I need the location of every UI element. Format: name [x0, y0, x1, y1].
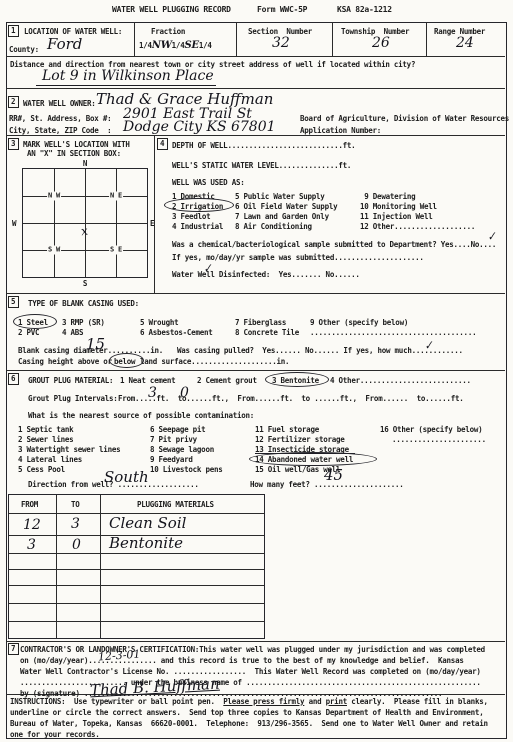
- grout-intervals-line: From.....ft. to......ft., From......ft. …: [118, 394, 464, 403]
- circle-annotation-irrigation: [164, 198, 234, 212]
- table-header-from: FROM: [21, 500, 38, 509]
- casing-height-post: land surface....................in.: [140, 357, 289, 366]
- table-row1-material: Clean Soil: [109, 516, 186, 531]
- grout-interval-to-value: 0: [180, 386, 189, 400]
- depth-of-well-line: DEPTH OF WELL...........................…: [172, 141, 355, 150]
- disinfected-line: Water Well Disinfected: Yes....... No...…: [172, 270, 360, 279]
- sample-no-checkmark: ✓: [486, 230, 497, 243]
- section3-4-divider: [154, 135, 155, 293]
- section1-number: 1: [8, 25, 19, 37]
- direction-from-well-value: South: [104, 470, 149, 485]
- contam-sewer: 2 Sewer lines: [18, 435, 73, 444]
- casing-diameter-value: 15: [86, 337, 105, 352]
- used-as-industrial: 4 Industrial: [172, 222, 223, 231]
- section4-number: 4: [157, 138, 168, 150]
- table-h2: [9, 553, 264, 554]
- contam-other-dots: ......................: [392, 435, 486, 444]
- casing-wrought: 5 Wrought: [140, 318, 178, 327]
- contam-septic: 1 Septic tank: [18, 425, 73, 434]
- contamination-label: What is the nearest source of possible c…: [28, 411, 254, 420]
- grid-label-ne: N E: [109, 192, 123, 201]
- city-value: Dodge City KS 67801: [123, 120, 276, 134]
- contam-lagoon: 8 Sewage lagoon: [150, 445, 214, 454]
- grout-material-label: GROUT PLUG MATERIAL:: [28, 376, 113, 385]
- disinfected-yes-checkmark: ✓: [202, 262, 213, 275]
- form-number: Form WWC-5P: [257, 5, 307, 14]
- used-as-oil-field: 6 Oil Field Water Supply: [235, 202, 337, 211]
- table-h3: [9, 569, 264, 570]
- used-as-feedlot: 3 Feedlot: [172, 212, 210, 221]
- used-as-air-conditioning: 8 Air Conditioning: [235, 222, 312, 231]
- table-row2-to: 0: [72, 538, 81, 552]
- section5-number: 5: [8, 296, 19, 308]
- contam-other: 16 Other (specify below): [380, 425, 482, 434]
- table-v2: [100, 495, 101, 638]
- casing-fiberglass: 7 Fiberglass: [235, 318, 286, 327]
- contam-livestock: 10 Livestock pens: [150, 465, 223, 474]
- grout-interval-from-value: 3: [148, 386, 157, 400]
- plugging-materials-table: FROM TO PLUGGING MATERIALS 12 3 Clean So…: [8, 494, 265, 639]
- range-number-value: 24: [456, 36, 474, 50]
- rule-3: [6, 135, 505, 136]
- cell-divider-3: [332, 22, 333, 56]
- contam-feedyard: 9 Feedyard: [150, 455, 193, 464]
- fraction-label: Fraction: [151, 27, 185, 36]
- circle-annotation-bentonite: [265, 372, 329, 387]
- rule-6: [6, 641, 505, 642]
- contam-cesspool: 5 Cess Pool: [18, 465, 65, 474]
- table-h6: [9, 621, 264, 622]
- grout-cement-grout: 2 Cement grout: [197, 376, 257, 385]
- used-as-other: 12 Other...................: [360, 222, 475, 231]
- grid-label-e: E: [150, 219, 154, 228]
- sample-submitted-line: Was a chemical/bacteriological sample su…: [172, 240, 496, 249]
- table-row2-material: Bentonite: [109, 536, 183, 551]
- contam-seepage: 6 Seepage pit: [150, 425, 205, 434]
- agency-line1: Board of Agriculture, Division of Water …: [300, 114, 509, 123]
- cell-divider-1: [134, 22, 135, 56]
- grid-h3: [23, 250, 147, 251]
- used-as-injection: 11 Injection Well: [360, 212, 433, 221]
- form-ksa: KSA 82a-1212: [337, 5, 392, 14]
- fraction-handwritten-1: NW: [152, 40, 172, 51]
- table-header-to: TO: [71, 500, 80, 509]
- contam-privy: 7 Pit privy: [150, 435, 197, 444]
- well-used-as-label: WELL WAS USED AS:: [172, 178, 245, 187]
- water-well-plugging-record-form: WATER WELL PLUGGING RECORD Form WWC-5P K…: [0, 0, 513, 742]
- grid-label-w: W: [12, 219, 16, 228]
- section3-number: 3: [8, 138, 19, 150]
- grout-intervals-label: Grout Plug Intervals:: [28, 394, 118, 403]
- used-as-monitoring: 10 Monitoring Well: [360, 202, 437, 211]
- print-underlined: print: [326, 697, 347, 706]
- casing-asbestos: 6 Asbestos-Cement: [140, 328, 213, 337]
- section-number-value: 32: [272, 36, 290, 50]
- certification-line1: CONTRACTOR'S OR LANDOWNER'S CERTIFICATIO…: [20, 645, 485, 654]
- casing-pulled-no-checkmark: ✓: [423, 339, 434, 352]
- grid-label-n: N: [83, 159, 87, 168]
- static-water-level-line: WELL'S STATIC WATER LEVEL..............f…: [172, 161, 351, 170]
- casing-pulled-line: Was casing pulled? Yes...... No...... If…: [177, 346, 463, 355]
- casing-height-pre: Casing height above or: [18, 357, 112, 366]
- table-h5: [9, 603, 264, 604]
- grid-h1: [23, 196, 147, 197]
- owner-value: Thad & Grace Huffman: [96, 92, 273, 107]
- casing-abs: 4 ABS: [62, 328, 83, 337]
- application-number-label: Application Number:: [300, 126, 381, 135]
- table-v1: [56, 495, 57, 638]
- table-row1-to: 3: [71, 517, 80, 531]
- contam-lateral: 4 Lateral lines: [18, 455, 82, 464]
- city-label: City, State, ZIP Code :: [9, 126, 111, 135]
- casing-pvc: 2 PVC: [18, 328, 39, 337]
- contam-fertilizer: 12 Fertilizer storage: [255, 435, 345, 444]
- cell-divider-2: [236, 22, 237, 56]
- table-header-materials: PLUGGING MATERIALS: [137, 500, 214, 509]
- used-as-public-water: 5 Public Water Supply: [235, 192, 325, 201]
- grout-neat-cement: 1 Neat cement: [120, 376, 175, 385]
- grid-label-s: S: [83, 279, 87, 288]
- certification-line2: on (mo/day/year)................ and thi…: [20, 656, 464, 665]
- contam-fuel: 11 Fuel storage: [255, 425, 319, 434]
- circle-annotation-below: [109, 353, 144, 368]
- plugged-date-value: 12-3-01: [98, 649, 141, 663]
- section-box-grid: N W N E S W S E N S W E x: [22, 168, 148, 278]
- used-as-dewatering: 9 Dewatering: [360, 192, 415, 201]
- instructions-line1: INSTRUCTIONS: Use typewriter or ball poi…: [10, 697, 488, 706]
- casing-other-dots: .......................................: [310, 328, 476, 337]
- owner-label: WATER WELL OWNER:: [23, 99, 96, 108]
- grid-label-se: S E: [109, 246, 123, 255]
- section6-number: 6: [8, 373, 19, 385]
- distance-value: Lot 9 in Wilkinson Place: [42, 69, 214, 83]
- section7-number: 7: [8, 643, 19, 655]
- rule-5: [6, 370, 505, 371]
- how-many-feet-value: 45: [324, 468, 343, 483]
- grid-label-nw: N W: [47, 192, 61, 201]
- rule-2: [6, 88, 505, 89]
- county-value: Ford: [47, 37, 82, 52]
- township-number-value: 26: [372, 36, 390, 50]
- well-location-x-mark: x: [80, 225, 88, 238]
- used-as-lawn-garden: 7 Lawn and Garden Only: [235, 212, 329, 221]
- rule-4: [6, 293, 505, 294]
- section5-title: TYPE OF BLANK CASING USED:: [28, 299, 139, 308]
- table-row1-from: 12: [23, 518, 41, 532]
- fraction-handwritten-2: SE: [184, 40, 198, 51]
- form-title: WATER WELL PLUGGING RECORD: [112, 5, 231, 14]
- instructions-line3: Bureau of Water, Topeka, Kansas 66620-00…: [10, 719, 488, 728]
- instructions-line4: one for your records.: [10, 730, 100, 739]
- table-row2-from: 3: [27, 538, 36, 552]
- table-h4: [9, 585, 264, 586]
- press-firmly-underlined: Please press firmly: [223, 697, 304, 706]
- grout-other: 4 Other..........................: [330, 376, 471, 385]
- section3-title-line1: MARK WELL'S LOCATION WITH: [23, 140, 130, 149]
- circle-annotation-abandoned-well: [249, 452, 377, 466]
- rule-1: [6, 56, 505, 57]
- section3-title-line2: AN "X" IN SECTION BOX:: [27, 149, 121, 158]
- county-label: County:: [9, 45, 39, 54]
- grid-label-sw: S W: [47, 246, 61, 255]
- contam-watertight: 3 Watertight sewer lines: [18, 445, 120, 454]
- address-label: RR#, St. Address, Box #:: [9, 114, 111, 123]
- casing-other: 9 Other (specify below): [310, 318, 408, 327]
- section2-number: 2: [8, 96, 19, 108]
- fraction-value: 1/4NW1/4SE1/4: [139, 41, 212, 50]
- cell-divider-4: [426, 22, 427, 56]
- casing-concrete: 8 Concrete Tile: [235, 328, 299, 337]
- distance-underline: [36, 85, 216, 86]
- certification-line3: Water Well Contractor's License No. ....…: [20, 667, 481, 676]
- casing-rmp: 3 RMP (SR): [62, 318, 105, 327]
- instructions-line2: underline or circle the correct answers.…: [10, 708, 483, 717]
- circle-annotation-steel: [13, 314, 57, 329]
